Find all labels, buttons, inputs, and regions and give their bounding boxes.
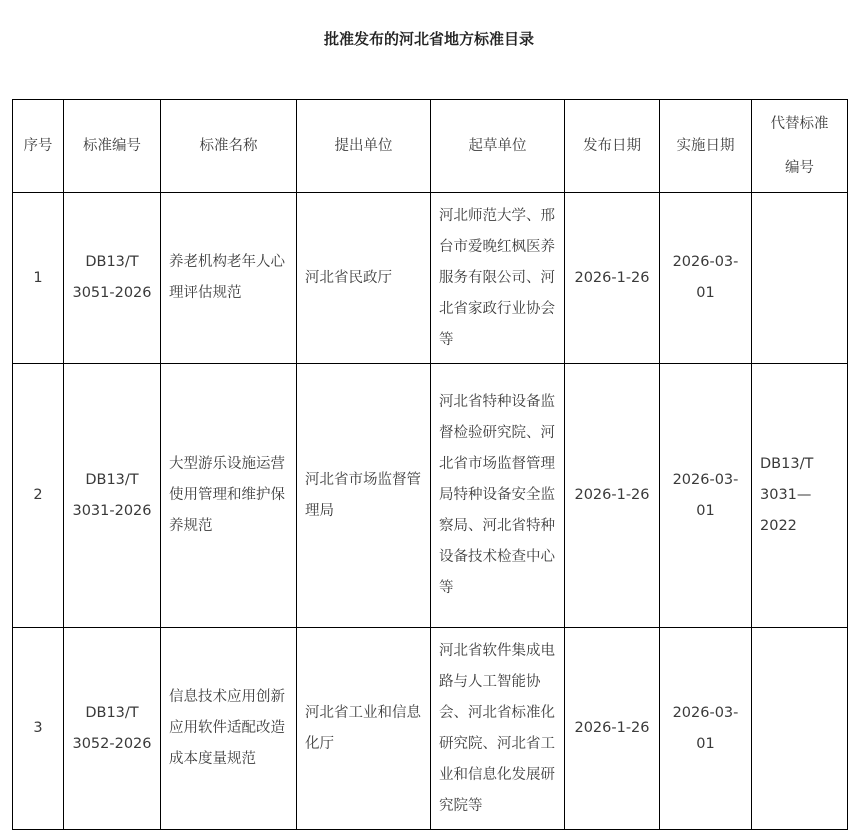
cell-seq: 1 [13, 193, 64, 364]
cell-name: 养老机构老年人心理评估规范 [161, 193, 297, 364]
cell-publish-date: 2026-1-26 [565, 628, 660, 830]
table-header-row: 序号 标准编号 标准名称 提出单位 起草单位 发布日期 实施日期 代替标准 编号 [13, 100, 848, 193]
header-publish-date: 发布日期 [565, 100, 660, 193]
cell-implement-date: 2026-03- 01 [660, 628, 752, 830]
cell-name: 信息技术应用创新 应用软件适配改造成本度量规范 [161, 628, 297, 830]
cell-publish-date: 2026-1-26 [565, 364, 660, 628]
cell-replaces-line2: 3031— [760, 480, 839, 511]
cell-seq: 2 [13, 364, 64, 628]
cell-implement-date-line1: 2026-03- [668, 247, 743, 278]
header-replaces-line2: 编号 [760, 146, 839, 190]
cell-code-line2: 3031-2026 [66, 496, 158, 527]
cell-drafter: 河北师范大学、邢台市爱晚红枫医养服务有限公司、河北省家政行业协会等 [431, 193, 565, 364]
header-replaces-line1: 代替标准 [760, 102, 839, 146]
header-seq: 序号 [13, 100, 64, 193]
cell-code-line2: 3052-2026 [66, 729, 158, 760]
cell-replaces-line3: 2022 [760, 511, 839, 542]
cell-code: DB13/T 3052-2026 [64, 628, 161, 830]
header-name: 标准名称 [161, 100, 297, 193]
cell-replaces: DB13/T 3031— 2022 [752, 364, 848, 628]
cell-implement-date-line2: 01 [668, 729, 743, 760]
header-drafter: 起草单位 [431, 100, 565, 193]
page-title: 批准发布的河北省地方标准目录 [0, 28, 858, 49]
standards-table: 序号 标准编号 标准名称 提出单位 起草单位 发布日期 实施日期 代替标准 编号… [12, 99, 848, 830]
cell-seq: 3 [13, 628, 64, 830]
cell-implement-date: 2026-03- 01 [660, 193, 752, 364]
cell-implement-date-line2: 01 [668, 496, 743, 527]
cell-replaces [752, 193, 848, 364]
cell-implement-date-line1: 2026-03- [668, 465, 743, 496]
cell-code-line1: DB13/T [66, 247, 158, 278]
cell-name: 大型游乐设施运营使用管理和维护保养规范 [161, 364, 297, 628]
cell-publish-date: 2026-1-26 [565, 193, 660, 364]
cell-implement-date: 2026-03- 01 [660, 364, 752, 628]
cell-code: DB13/T 3031-2026 [64, 364, 161, 628]
cell-code-line2: 3051-2026 [66, 278, 158, 309]
cell-drafter: 河北省特种设备监督检验研究院、河北省市场监督管理局特种设备安全监察局、河北省特种… [431, 364, 565, 628]
header-implement-date: 实施日期 [660, 100, 752, 193]
cell-proposer: 河北省市场监督管理局 [297, 364, 431, 628]
table-row: 1 DB13/T 3051-2026 养老机构老年人心理评估规范 河北省民政厅 … [13, 193, 848, 364]
cell-code-line1: DB13/T [66, 465, 158, 496]
cell-proposer: 河北省民政厅 [297, 193, 431, 364]
cell-code-line1: DB13/T [66, 698, 158, 729]
table-row: 2 DB13/T 3031-2026 大型游乐设施运营使用管理和维护保养规范 河… [13, 364, 848, 628]
header-code: 标准编号 [64, 100, 161, 193]
cell-proposer: 河北省工业和信息化厅 [297, 628, 431, 830]
cell-implement-date-line2: 01 [668, 278, 743, 309]
cell-implement-date-line1: 2026-03- [668, 698, 743, 729]
header-replaces: 代替标准 编号 [752, 100, 848, 193]
table-row: 3 DB13/T 3052-2026 信息技术应用创新 应用软件适配改造成本度量… [13, 628, 848, 830]
cell-code: DB13/T 3051-2026 [64, 193, 161, 364]
cell-drafter: 河北省软件集成电路与人工智能协会、河北省标准化研究院、河北省工业和信息化发展研究… [431, 628, 565, 830]
cell-replaces [752, 628, 848, 830]
header-proposer: 提出单位 [297, 100, 431, 193]
cell-replaces-line1: DB13/T [760, 449, 839, 480]
